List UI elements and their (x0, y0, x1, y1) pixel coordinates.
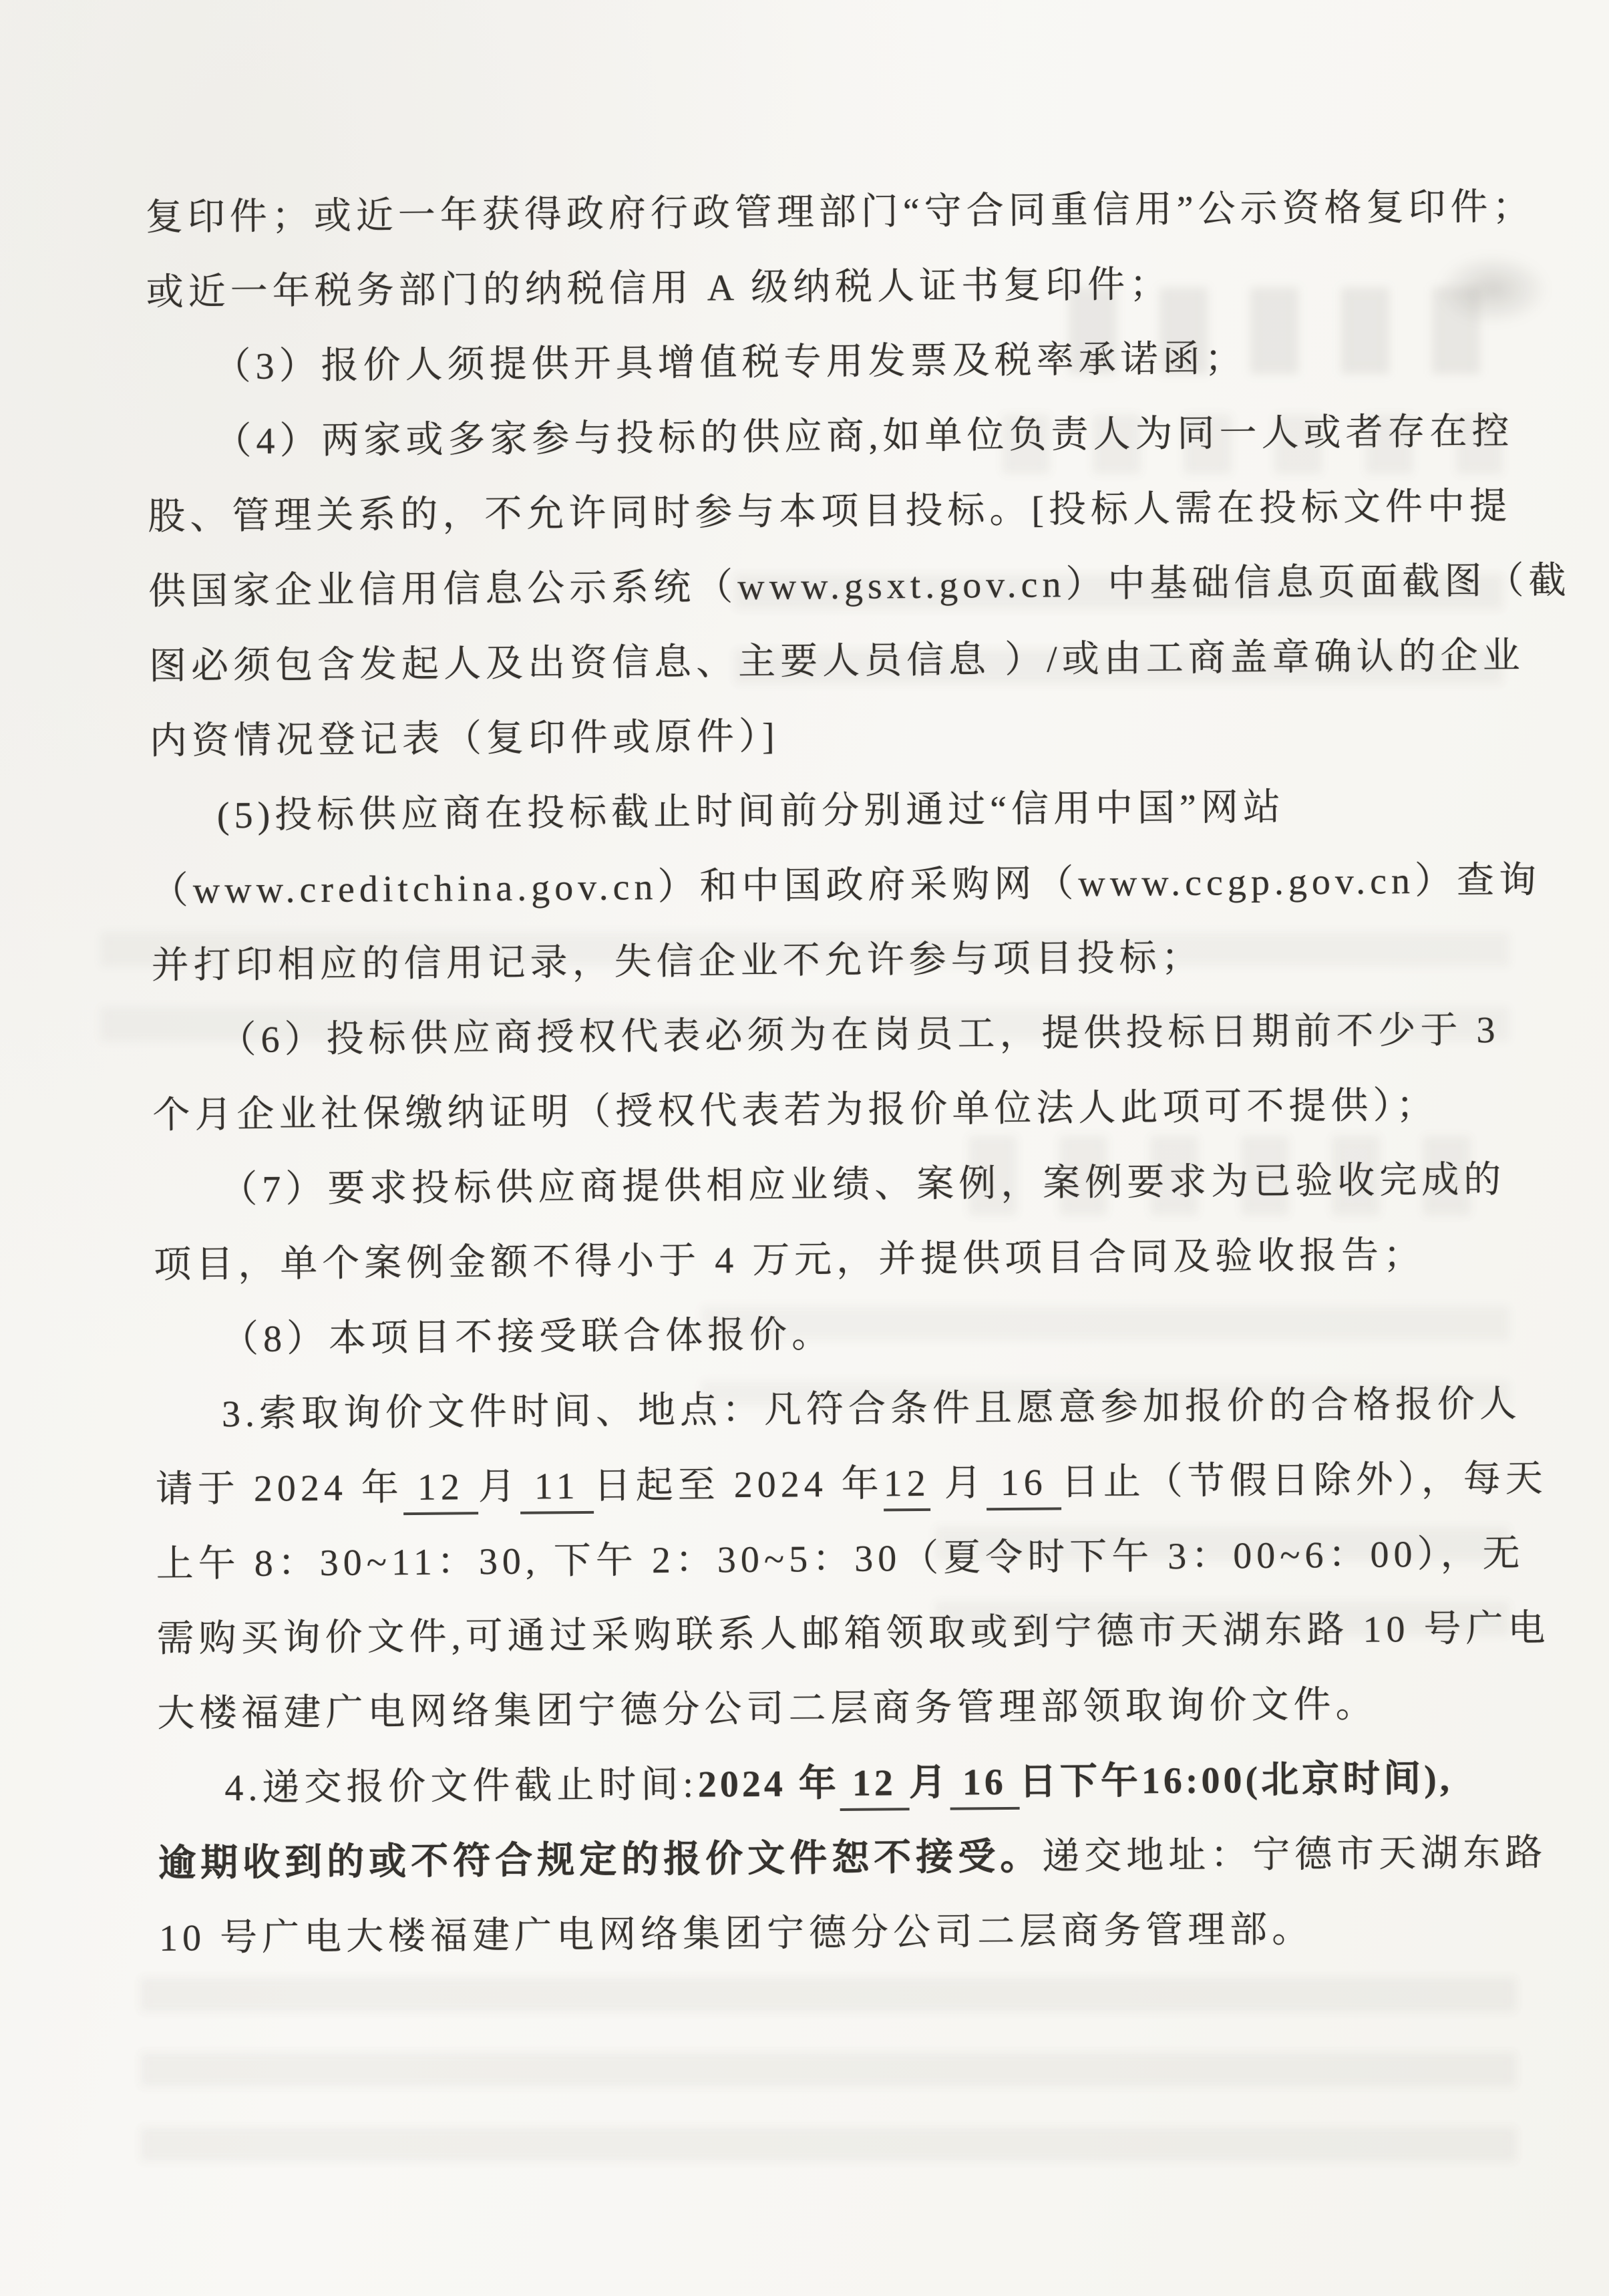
text-line: 图必须包含发起人及出资信息、主要人员信息 ）/或由工商盖章确认的企业 (149, 619, 1492, 704)
underlined-value: 12 (403, 1466, 479, 1515)
underlined-value: 12 (883, 1463, 930, 1512)
text-segment: （4）两家或多家参与投标的供应商,如单位负责人为同一人或者存在控 (214, 411, 1513, 462)
text-line: 需购买询价文件,可通过采购联系人邮箱领取或到宁德市天湖东路 10 号广电 (156, 1591, 1499, 1677)
text-line: 上午 8：30~11：30, 下午 2：30~5：30（夏令时下午 3：00~6… (156, 1516, 1499, 1602)
text-segment: 个月企业社保缴纳证明（授权代表若为报价单位法人此项可不提供）； (152, 1085, 1438, 1136)
text-segment: （3）报价人须提供开具增值税专用发票及税率承诺函； (213, 338, 1246, 387)
text-segment: 日起至 2024 年 (593, 1463, 883, 1506)
underlined-value: 12 (840, 1762, 910, 1811)
text-segment: 图必须包含发起人及出资信息、主要人员信息 ）/或由工商盖章确认的企业 (149, 635, 1525, 687)
text-line: 3.索取询价文件时间、地点：凡符合条件且愿意参加报价的合格报价人 (155, 1367, 1498, 1452)
text-line: 大楼福建广电网络集团宁德分公司二层商务管理部领取询价文件。 (157, 1666, 1500, 1752)
text-segment: 大楼福建广电网络集团宁德分公司二层商务管理部领取询价文件。 (157, 1684, 1377, 1735)
text-segment: 递交地址：宁德市天湖东路 (1042, 1832, 1547, 1878)
text-line: （4）两家或多家参与投标的供应商,如单位负责人为同一人或者存在控 (147, 394, 1490, 480)
text-line: 内资情况登记表（复印件或原件）] (150, 693, 1493, 779)
text-segment: 上午 8：30~11：30, 下午 2：30~5：30（夏令时下午 3：00~6… (156, 1533, 1524, 1585)
text-segment: 3.索取询价文件时间、地点：凡符合条件且愿意参加报价的合格报价人 (222, 1383, 1522, 1435)
text-segment: 内资情况登记表（复印件或原件）] (150, 716, 779, 762)
text-line: 供国家企业信用信息公示系统（www.gsxt.gov.cn）中基础信息页面截图（… (148, 544, 1491, 629)
text-segment: 请于 2024 年 (156, 1467, 403, 1510)
text-line: 逾期收到的或不符合规定的报价文件恕不接受。递交地址：宁德市天湖东路 (158, 1816, 1501, 1901)
text-line: （3）报价人须提供开具增值税专用发票及税率承诺函； (146, 319, 1489, 405)
text-segment: 需购买询价文件,可通过采购联系人邮箱领取或到宁德市天湖东路 10 号广电 (156, 1608, 1550, 1660)
text-line: 并打印相应的信用记录，失信企业不允许参与项目投标； (151, 918, 1494, 1003)
text-segment: （7）要求投标供应商提供相应业绩、案例，案例要求为已验收完成的 (220, 1159, 1505, 1210)
text-segment: 月 (478, 1466, 520, 1508)
underlined-value: 11 (520, 1466, 594, 1514)
text-segment: 2024 年 (698, 1763, 840, 1806)
text-line: （8）本项目不接受联合体报价。 (154, 1292, 1497, 1377)
text-line: 个月企业社保缴纳证明（授权代表若为报价单位法人此项可不提供）； (152, 1068, 1495, 1153)
text-line: （7）要求投标供应商提供相应业绩、案例，案例要求为已验收完成的 (153, 1142, 1496, 1228)
text-segment: 月 (909, 1762, 950, 1804)
text-line: 复印件；或近一年获得政府行政管理部门“守合同重信用”公示资格复印件； (145, 170, 1488, 255)
text-segment: 项目，单个案例金额不得小于 4 万元，并提供项目合同及验收报告； (154, 1235, 1425, 1286)
text-segment: 或近一年税务部门的纳税信用 A 级纳税人证书复印件； (146, 264, 1172, 313)
document-body: 复印件；或近一年获得政府行政管理部门“守合同重信用”公示资格复印件；或近一年税务… (145, 170, 1501, 1976)
text-segment: 4.递交报价文件截止时间: (224, 1764, 698, 1810)
text-segment: (5)投标供应商在投标截止时间前分别通过“信用中国”网站 (217, 787, 1285, 837)
text-segment: 股、管理关系的，不允许同时参与本项目投标。[投标人需在投标文件中提 (148, 486, 1511, 538)
text-segment: （8）本项目不接受联合体报价。 (221, 1314, 834, 1360)
text-segment: 供国家企业信用信息公示系统（www.gsxt.gov.cn）中基础信息页面截图（… (148, 560, 1571, 613)
text-segment: 月 (930, 1462, 986, 1504)
text-line: (5)投标供应商在投标截止时间前分别通过“信用中国”网站 (150, 768, 1493, 854)
text-segment: （www.creditchina.gov.cn）和中国政府采购网（www.ccg… (151, 860, 1542, 912)
text-segment: 并打印相应的信用记录，失信企业不允许参与项目投标； (151, 937, 1203, 987)
text-line: 10 号广电大楼福建广电网络集团宁德分公司二层商务管理部。 (159, 1891, 1502, 1976)
text-line: 4.递交报价文件截止时间:2024 年 12 月 16 日下午16:00(北京时… (158, 1741, 1501, 1826)
text-line: 或近一年税务部门的纳税信用 A 级纳税人证书复印件； (146, 244, 1489, 330)
bleed-through-artifact (140, 1977, 1516, 2178)
text-segment: （6）投标供应商授权代表必须为在岗员工，提供投标日期前不少于 3 (218, 1009, 1499, 1061)
text-segment: 复印件；或近一年获得政府行政管理部门“守合同重信用”公示资格复印件； (146, 186, 1535, 238)
underlined-value: 16 (950, 1762, 1020, 1810)
text-line: 项目，单个案例金额不得小于 4 万元，并提供项目合同及验收报告； (154, 1217, 1497, 1303)
text-segment: 逾期收到的或不符合规定的报价文件恕不接受。 (158, 1836, 1042, 1884)
text-line: 请于 2024 年 12 月 11 日起至 2024 年12 月 16 日止（节… (155, 1442, 1498, 1527)
text-segment: 10 号广电大楼福建广电网络集团宁德分公司二层商务管理部。 (159, 1909, 1314, 1959)
scanned-document-page: 复印件；或近一年获得政府行政管理部门“守合同重信用”公示资格复印件；或近一年税务… (0, 0, 1609, 2296)
text-segment: 日止（节假日除外），每天 (1061, 1458, 1547, 1504)
text-line: 股、管理关系的，不允许同时参与本项目投标。[投标人需在投标文件中提 (148, 469, 1491, 554)
text-line: （www.creditchina.gov.cn）和中国政府采购网（www.ccg… (150, 843, 1493, 929)
underlined-value: 16 (986, 1462, 1061, 1510)
text-segment: 日下午16:00(北京时间), (1019, 1758, 1453, 1803)
text-line: （6）投标供应商授权代表必须为在岗员工，提供投标日期前不少于 3 (152, 993, 1495, 1078)
